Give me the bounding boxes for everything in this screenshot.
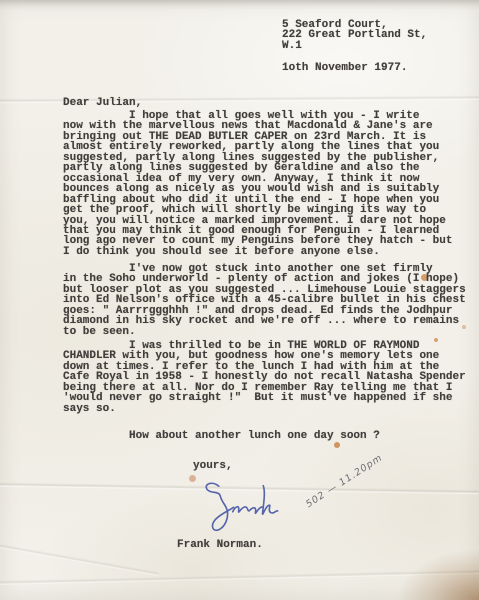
- handwritten-signature-icon: [199, 476, 279, 535]
- closing-question: How about another lunch one day soon ?: [129, 431, 380, 441]
- handwritten-annotation: 502 — 11.20pm: [304, 436, 411, 511]
- letter-date: 1oth November 1977.: [282, 63, 407, 73]
- paragraph-1: I hope that all goes well with you - I w…: [63, 111, 473, 257]
- sender-address: 5 Seaford Court, 222 Great Portland St, …: [282, 20, 427, 51]
- paper-top-edge: [0, 0, 479, 10]
- valediction: yours,: [193, 461, 233, 471]
- ink-stain: [189, 475, 196, 482]
- ink-stain: [334, 442, 340, 448]
- letter-page: 5 Seaford Court, 222 Great Portland St, …: [0, 0, 479, 600]
- paragraph-2: I've now got stuck into another one set …: [63, 264, 473, 337]
- corner-stain: [399, 550, 479, 600]
- typed-signatory: Frank Norman.: [177, 540, 263, 550]
- crease-line: [0, 540, 159, 576]
- salutation: Dear Julian,: [63, 98, 142, 108]
- paragraph-3: I was thrilled to be in THE WORLD OF RAY…: [63, 341, 473, 414]
